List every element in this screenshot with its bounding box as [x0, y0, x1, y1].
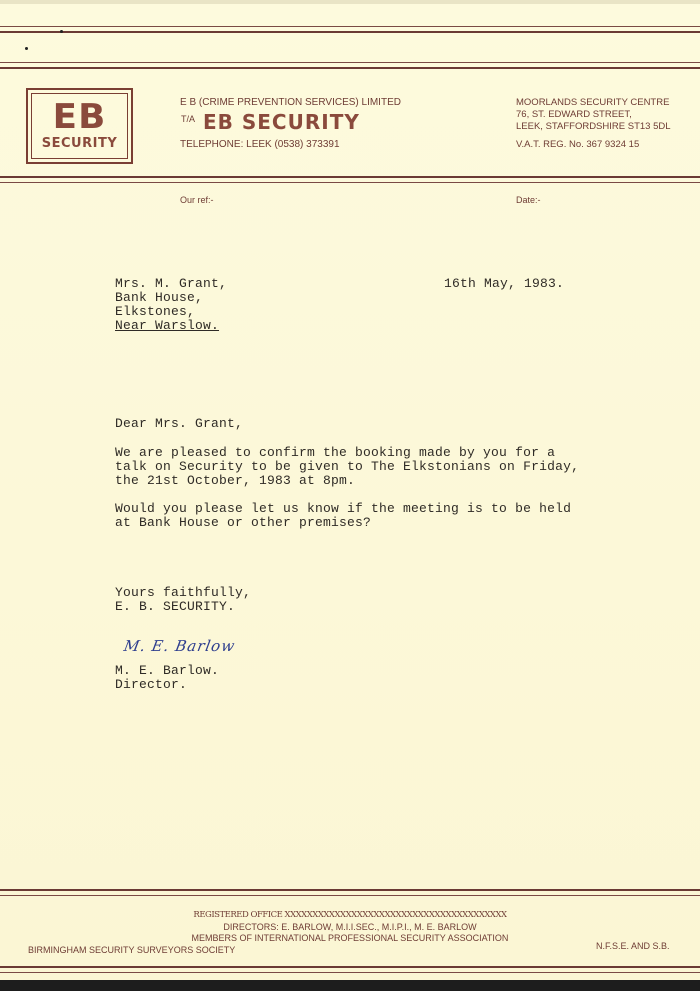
trading-name: EB SECURITY [203, 110, 360, 134]
salutation: Dear Mrs. Grant, [115, 417, 243, 431]
address-line-2: 76, ST. EDWARD STREET, [516, 109, 632, 121]
letter-page: EB SECURITY E B (CRIME PREVENTION SERVIC… [0, 0, 700, 991]
scan-edge [0, 0, 700, 4]
footer-top-rule-1 [0, 889, 700, 891]
footer-membership: MEMBERS OF INTERNATIONAL PROFESSIONAL SE… [0, 933, 700, 943]
paragraph1-line-3: the 21st October, 1983 at 8pm. [115, 474, 355, 488]
top-rule-2 [0, 31, 700, 33]
vat-number: V.A.T. REG. No. 367 9324 15 [516, 139, 639, 151]
speck [60, 30, 63, 33]
footer-society: BIRMINGHAM SECURITY SURVEYORS SOCIETY [28, 945, 235, 955]
footer-bottom-rule-2 [0, 972, 700, 973]
header-rule-2 [0, 67, 700, 69]
footer-nfse: N.F.S.E. AND S.B. [596, 941, 670, 951]
paragraph1-line-1: We are pleased to confirm the booking ma… [115, 446, 555, 460]
letter-date: 16th May, 1983. [444, 277, 564, 291]
date-label: Date:- [516, 195, 541, 205]
footer-bottom-rule-1 [0, 966, 700, 968]
recipient-line-3: Elkstones, [115, 305, 195, 319]
footer-struck-text: REGISTERED OFFICE XXXXXXXXXXXXXXXXXXXXXX… [193, 910, 506, 920]
speck [25, 47, 28, 50]
footer-struck-line: REGISTERED OFFICE XXXXXXXXXXXXXXXXXXXXXX… [0, 909, 700, 920]
our-ref-label: Our ref:- [180, 195, 214, 205]
header-bottom-rule-1 [0, 176, 700, 178]
logo-security-text: SECURITY [32, 136, 127, 152]
handwritten-signature: M. E. Barlow [122, 637, 236, 655]
scan-edge-bottom [0, 980, 700, 991]
signatory-name: M. E. Barlow. [115, 664, 219, 678]
paragraph2-line-1: Would you please let us know if the meet… [115, 502, 571, 516]
header-bottom-rule-2 [0, 182, 700, 183]
trading-as-label: T/A [181, 114, 195, 124]
eb-security-logo: EB SECURITY [26, 88, 133, 164]
company-name: E B (CRIME PREVENTION SERVICES) LIMITED [180, 97, 401, 108]
logo-eb-text: EB [30, 98, 130, 136]
telephone: TELEPHONE: LEEK (0538) 373391 [180, 139, 340, 150]
address-line-1: MOORLANDS SECURITY CENTRE [516, 97, 669, 109]
signatory-title: Director. [115, 678, 187, 692]
top-rule-1 [0, 26, 700, 27]
closing: Yours faithfully, [115, 586, 251, 600]
footer-directors: DIRECTORS: E. BARLOW, M.I.I.SEC., M.I.P.… [0, 922, 700, 932]
closing-company: E. B. SECURITY. [115, 600, 235, 614]
paragraph1-line-2: talk on Security to be given to The Elks… [115, 460, 579, 474]
recipient-line-4: Near Warslow. [115, 319, 219, 333]
header-rule-1 [0, 62, 700, 63]
recipient-line-1: Mrs. M. Grant, [115, 277, 227, 291]
address-line-3: LEEK, STAFFORDSHIRE ST13 5DL [516, 121, 671, 133]
paragraph2-line-2: at Bank House or other premises? [115, 516, 371, 530]
footer-top-rule-2 [0, 895, 700, 896]
recipient-line-2: Bank House, [115, 291, 203, 305]
